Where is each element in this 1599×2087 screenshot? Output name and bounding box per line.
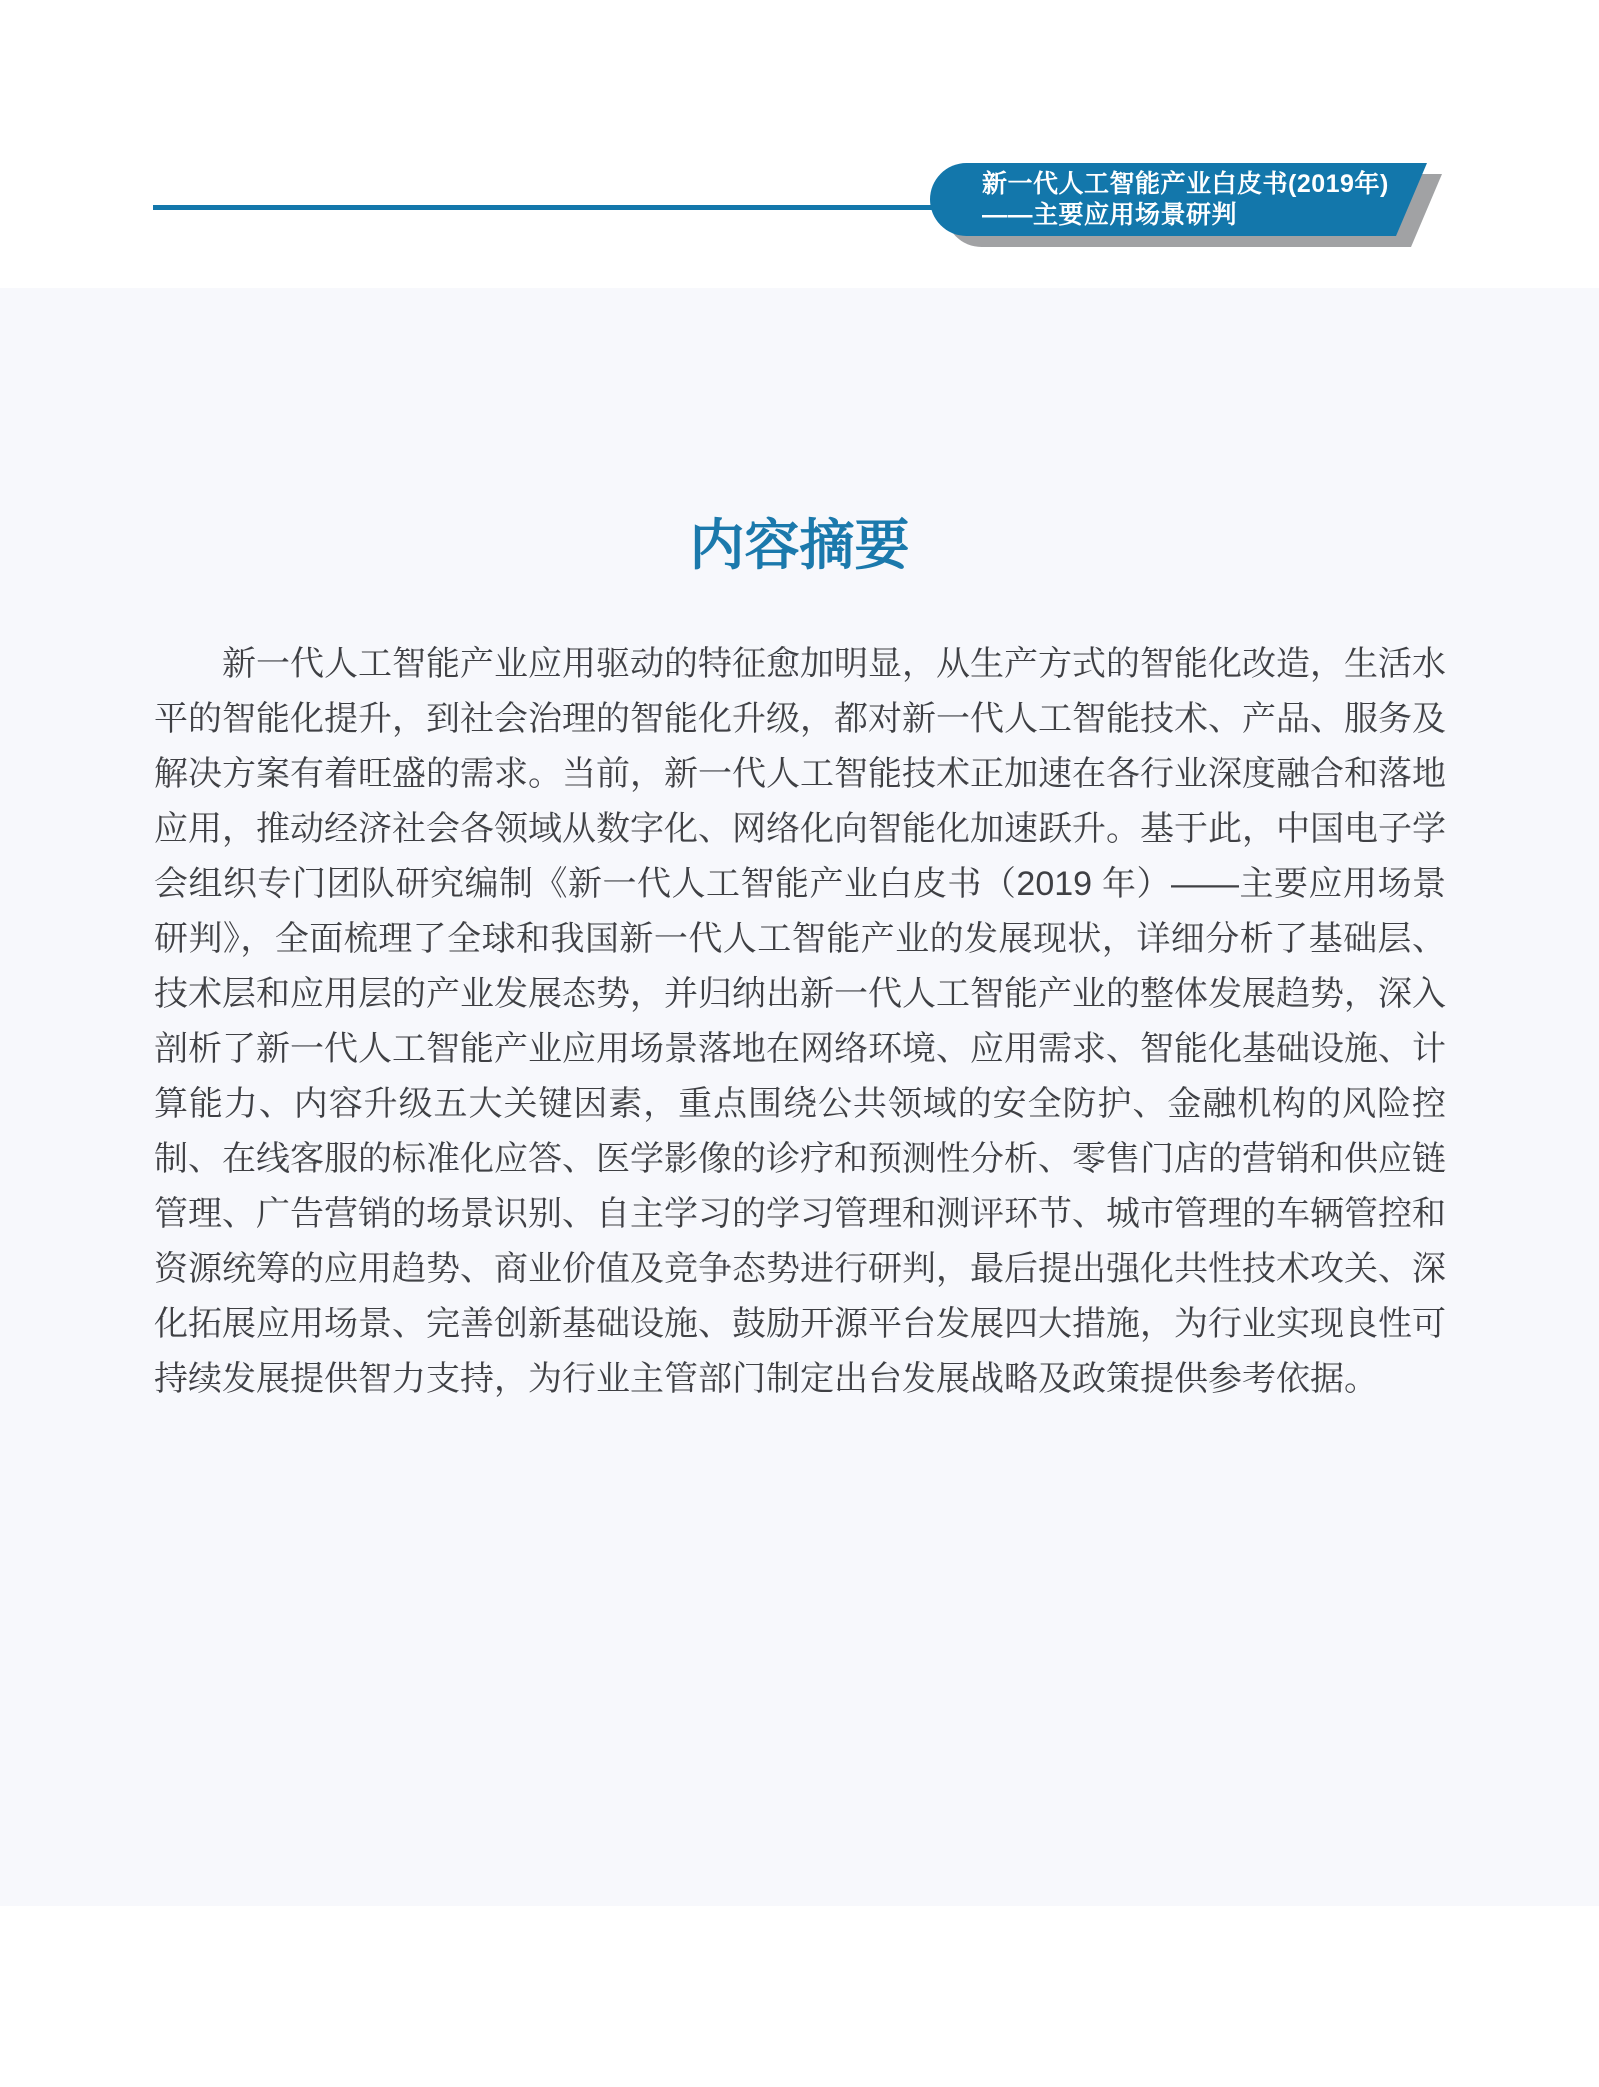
abstract-title: 内容摘要 bbox=[0, 514, 1599, 576]
header-rule bbox=[153, 205, 943, 210]
document-page: 新一代人工智能产业白皮书(2019年) ——主要应用场景研判 内容摘要 新一代人… bbox=[0, 0, 1599, 2087]
banner-title-line2: ——主要应用场景研判 bbox=[982, 200, 1427, 231]
banner-ribbon: 新一代人工智能产业白皮书(2019年) ——主要应用场景研判 bbox=[930, 163, 1427, 236]
abstract-paragraph: 新一代人工智能产业应用驱动的特征愈加明显，从生产方式的智能化改造，生活水平的智能… bbox=[154, 637, 1446, 1407]
banner-title-line1: 新一代人工智能产业白皮书(2019年) bbox=[982, 169, 1427, 200]
header-banner: 新一代人工智能产业白皮书(2019年) ——主要应用场景研判 bbox=[930, 163, 1427, 236]
